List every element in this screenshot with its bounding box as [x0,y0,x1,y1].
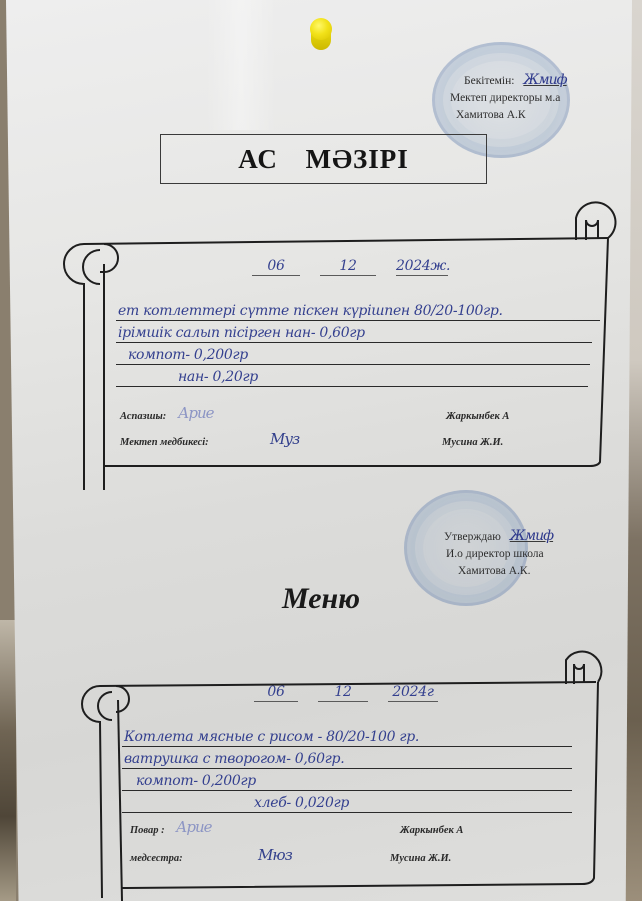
director-title: И.о директор школа [420,546,610,563]
date-year: 2024г [388,684,438,702]
nurse-name: Мусина Ж.И. [442,437,503,448]
menu-item: хлеб- 0,020гр [122,790,572,813]
nurse-sign-row: медсестра: Мюз Мусина Ж.И. [130,848,570,864]
cook-name: Жаркынбек А [400,825,463,836]
page-title-box: АС МӘЗІРІ [160,134,487,184]
approval-label: Бекітемін: [464,75,514,87]
menu-item: ет котлеттері сүтте піскен күрішпен 80/2… [116,298,600,321]
menu-item: ірімшік салып пісірген нан- 0,60гр [116,320,592,343]
director-name: Хамитова А.К. [420,563,610,580]
approval-block-kk: Бекітемін: Жмиф Мектеп директоры м.а Хам… [450,72,630,124]
cook-sign-row: Повар : Арие Жаркынбек А [130,820,570,836]
cook-name: Жаркынбек А [446,411,509,422]
nurse-signature: Мюз [258,846,292,864]
menu-date: 06 12 2024г [254,684,458,702]
cook-signature: Арие [178,404,214,422]
approval-block-ru: Утверждаю Жмиф И.о директор школа Хамито… [420,528,610,580]
push-pin-icon [308,18,334,54]
menu-item: нан- 0,20гр [116,364,588,387]
nurse-name: Мусина Ж.И. [390,853,451,864]
menu-scroll-kk: 06 12 2024ж. ет котлеттері сүтте піскен … [62,200,627,495]
director-signature: Жмиф [523,72,566,89]
menu-heading: Меню [0,582,642,616]
nurse-sign-row: Мектеп медбикесі: Муз Мусина Ж.И. [120,432,590,448]
menu-item: компот- 0,200гр [122,768,572,791]
cook-sign-row: Аспазшы: Арие Жаркынбек А [120,406,590,422]
date-month: 12 [318,684,368,702]
date-day: 06 [252,258,300,276]
menu-item: ватрушка с творогом- 0,60гр. [122,746,572,769]
director-signature: Жмиф [510,528,553,545]
approval-label: Утверждаю [444,531,501,543]
page-title: АС МӘЗІРІ [238,144,409,175]
menu-item: Котлета мясные с рисом - 80/20-100 гр. [122,724,572,747]
director-name: Хамитова А.К [450,107,630,124]
director-title: Мектеп директоры м.а [450,90,630,107]
cook-signature: Арие [176,818,212,836]
paper-glare [206,0,276,130]
date-year: 2024ж. [396,258,448,276]
date-month: 12 [320,258,376,276]
menu-date: 06 12 2024ж. [252,258,468,276]
menu-item: компот- 0,200гр [116,342,590,365]
date-day: 06 [254,684,298,702]
nurse-signature: Муз [270,430,299,448]
background-left-edge [0,620,16,901]
menu-scroll-ru: 06 12 2024г Котлета мясные с рисом - 80/… [76,640,606,901]
